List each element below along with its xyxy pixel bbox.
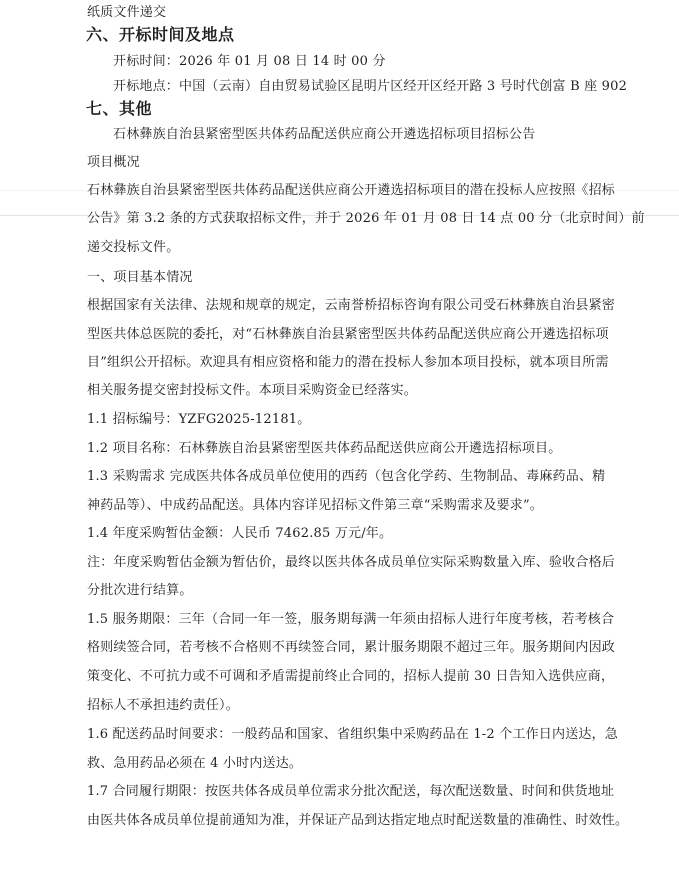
paragraph-line: 目”组织公开招标。欢迎具有相应资格和能力的潜在投标人参加本项目投标，就本项目所需 [87, 355, 609, 371]
paragraph-line: 神药品等）、中成药品配送。具体内容详见招标文件第三章“采购需求及要求”。 [87, 498, 543, 514]
paragraph-line: 招标人不承担违约责任）。 [87, 698, 239, 714]
opening-time: 开标时间：2026 年 01 月 08 日 14 时 00 分 [113, 54, 386, 70]
paragraph-line: 由医共体各成员单位提前通知为准，并保证产品到达指定地点时配送数量的准确性、时效性… [87, 813, 628, 829]
estimated-amount: 1.4 年度采购暂估金额：人民币 7462.85 万元/年。 [87, 526, 392, 542]
service-period: 1.5 服务期限：三年（合同一年一签，服务期每满一年须由招标人进行年度考核，若考… [87, 612, 614, 628]
delivery-time-requirement: 1.6 配送药品时间要求：一般药品和国家、省组织集中采购药品在 1-2 个工作日… [87, 727, 618, 743]
tender-number: 1.1 招标编号：YZFG2025-12181。 [87, 412, 310, 428]
opening-place: 开标地点：中国（云南）自由贸易试验区昆明片区经开区经开路 3 号时代创富 B 座… [113, 79, 627, 95]
section-heading-other: 七、其他 [86, 101, 152, 117]
section-heading-opening-time-place: 六、开标时间及地点 [86, 27, 235, 43]
paragraph-line: 策变化、不可抗力或不可调和矛盾需提前终止合同的，招标人提前 30 日告知入选供应… [87, 669, 614, 685]
paragraph-line: 救、急用药品必须在 4 小时内送达。 [87, 756, 302, 772]
contract-performance-period: 1.7 合同履行期限：按医共体各成员单位需求分批次配送，每次配送数量、时间和供货… [87, 784, 614, 800]
project-overview-label: 项目概况 [87, 155, 140, 171]
paper-submission-text: 纸质文件递交 [87, 5, 166, 21]
paragraph-line: 格则续签合同，若考核不合格则不再续签合同，累计服务期限不超过三年。服务期间内因政 [87, 640, 615, 656]
paragraph-line: 根据国家有关法律、法规和规章的规定，云南誉桥招标咨询有限公司受石林彝族自治县紧密 [87, 298, 615, 314]
project-name: 1.2 项目名称：石林彝族自治县紧密型医共体药品配送供应商公开遴选招标项目。 [87, 441, 561, 457]
paragraph-line: 石林彝族自治县紧密型医共体药品配送供应商公开遴选招标项目的潜在投标人应按照《招标 [87, 183, 615, 199]
procurement-requirement: 1.3 采购需求 完成医共体各成员单位使用的西药（包含化学药、生物制品、毒麻药品… [87, 469, 605, 485]
paragraph-line: 相关服务提交密封投标文件。本项目采购资金已经落实。 [87, 383, 417, 399]
paragraph-line: 型医共体总医院的委托，对“石林彝族自治县紧密型医共体药品配送供应商公开遴选招标项 [87, 327, 609, 343]
announcement-title: 石林彝族自治县紧密型医共体药品配送供应商公开遴选招标项目招标公告 [113, 127, 535, 143]
subsection-heading-basic-info: 一、项目基本情况 [87, 270, 193, 286]
document-page: 纸质文件递交 六、开标时间及地点 开标时间：2026 年 01 月 08 日 1… [0, 0, 679, 882]
paragraph-line: 递交投标文件。 [87, 240, 179, 256]
paragraph-line: 公告》第 3.2 条的方式获取招标文件，并于 2026 年 01 月 08 日 … [87, 211, 645, 227]
note-line: 注：年度采购暂估金额为暂估价，最终以医共体各成员单位实际采购数量入库、验收合格后 [87, 555, 615, 571]
paragraph-line: 分批次进行结算。 [87, 583, 193, 599]
